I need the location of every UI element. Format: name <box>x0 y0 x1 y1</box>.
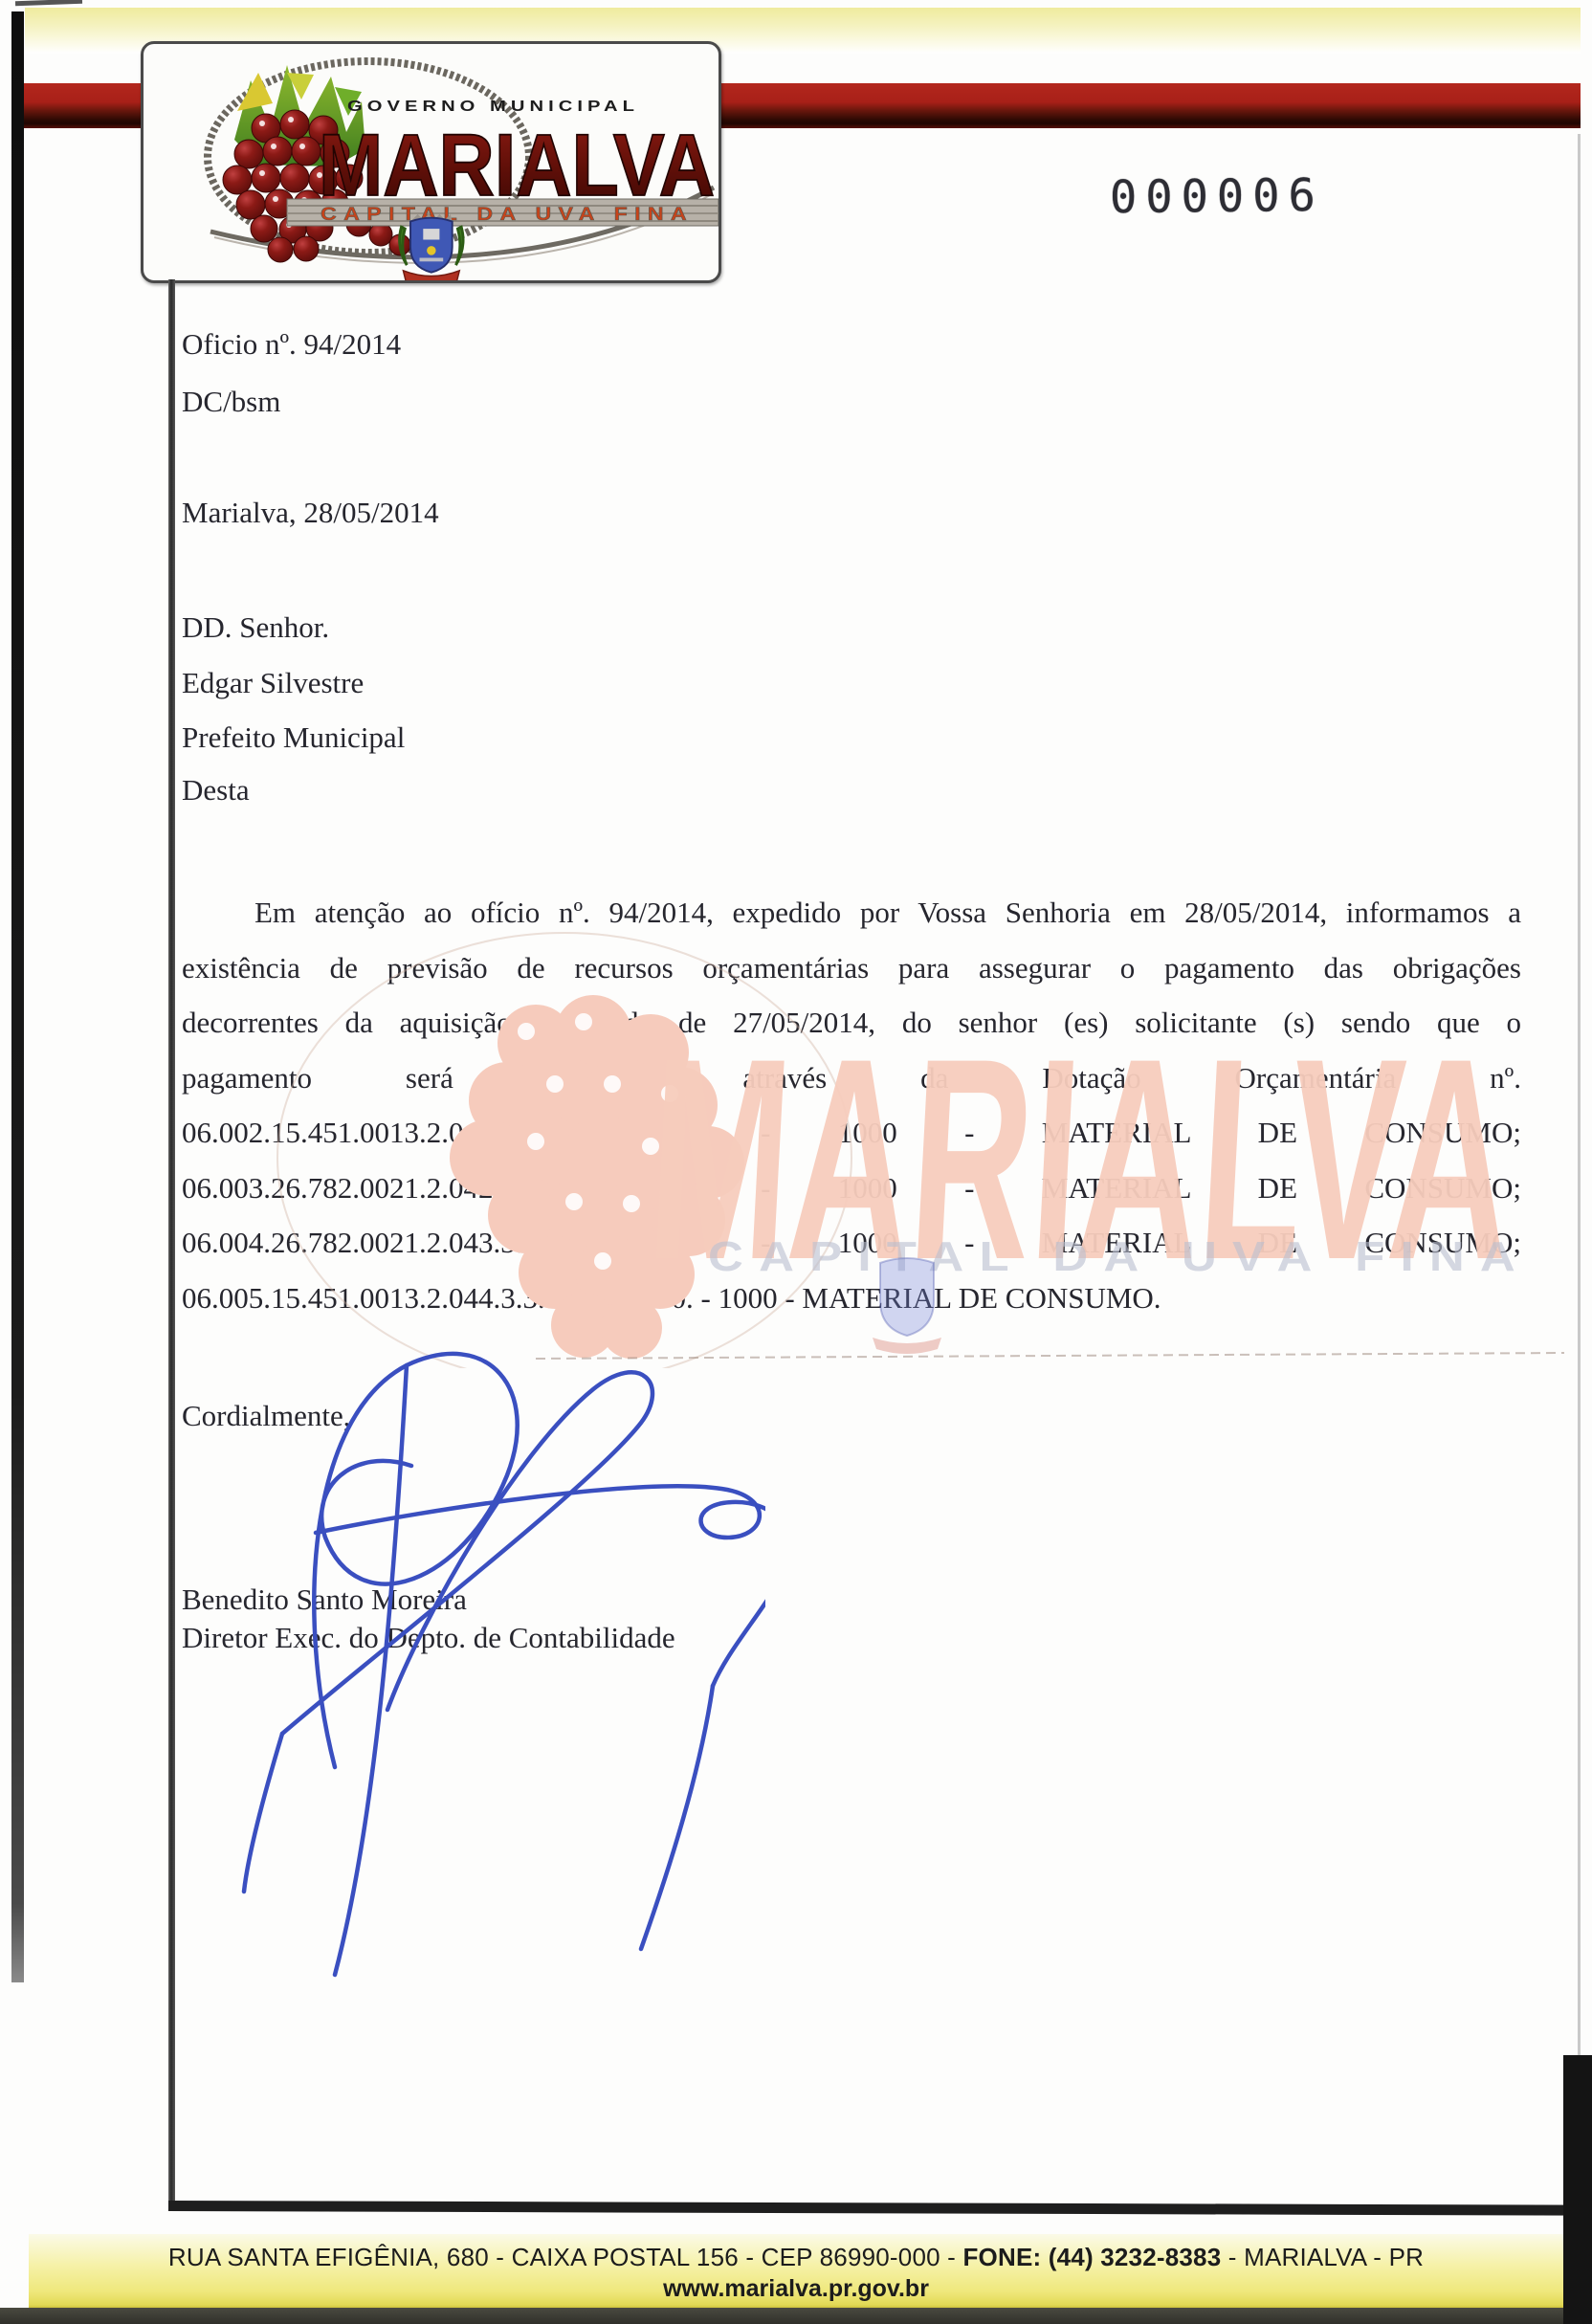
body-line: pagamento será efetuado através da Dotaç… <box>182 1051 1521 1106</box>
content-left-border <box>168 279 175 2208</box>
right-page-edge-line <box>1578 134 1581 2059</box>
budget-code-line: 06.005.15.451.0013.2.044.3.3.90.30.00.00… <box>182 1271 1521 1326</box>
scanned-letter-page: GOVERNO MUNICIPAL MARIALVA CAPITAL DA UV… <box>0 0 1592 2324</box>
letter-body: Em atenção ao ofício nº. 94/2014, expedi… <box>182 885 1521 1325</box>
content-bottom-border <box>168 2201 1581 2216</box>
letter-initials: DC/bsm <box>182 385 280 419</box>
left-scan-edge-bar <box>11 11 24 1982</box>
bottom-scan-strip <box>0 2308 1592 2324</box>
recipient-line: Desta <box>182 773 250 808</box>
footer: RUA SANTA EFIGÊNIA, 680 - CAIXA POSTAL 1… <box>29 2234 1563 2308</box>
logo-tagline-band: CAPITAL DA UVA FINA <box>287 199 719 226</box>
logo-governo-text: GOVERNO MUNICIPAL <box>347 99 639 115</box>
recipient-line: Prefeito Municipal <box>182 720 405 755</box>
letter-dateline: Marialva, 28/05/2014 <box>182 496 439 530</box>
body-line: Em atenção ao ofício nº. 94/2014, expedi… <box>182 885 1521 941</box>
scan-artifact-top <box>15 0 82 6</box>
right-scan-edge-bar <box>1563 2055 1592 2324</box>
body-line: decorrentes da aquisição solicitada de 2… <box>182 995 1521 1051</box>
footer-address-part1: RUA SANTA EFIGÊNIA, 680 - CAIXA POSTAL 1… <box>168 2243 963 2271</box>
marialva-logo: GOVERNO MUNICIPAL MARIALVA CAPITAL DA UV… <box>141 41 721 283</box>
page-number-stamp: 000006 <box>1110 169 1324 224</box>
footer-address-line: RUA SANTA EFIGÊNIA, 680 - CAIXA POSTAL 1… <box>29 2243 1563 2272</box>
recipient-line: DD. Senhor. <box>182 610 329 645</box>
handwritten-signature <box>191 1332 765 2011</box>
marialva-logo-graphic: GOVERNO MUNICIPAL MARIALVA CAPITAL DA UV… <box>144 44 719 280</box>
body-line: existência de previsão de recursos orçam… <box>182 941 1521 996</box>
budget-code-line: 06.003.26.782.0021.2.042.3.3.90.30.00.00… <box>182 1161 1521 1216</box>
budget-code-line: 06.002.15.451.0013.2.040.3.3.90.30.00.00… <box>182 1105 1521 1161</box>
footer-website: www.marialva.pr.gov.br <box>29 2275 1563 2303</box>
letter-ref: Oficio nº. 94/2014 <box>182 327 401 362</box>
footer-phone: FONE: (44) 3232-8383 <box>962 2243 1221 2271</box>
recipient-line: Edgar Silvestre <box>182 666 364 700</box>
footer-address-part2: - MARIALVA - PR <box>1221 2243 1424 2271</box>
logo-tagline-text: CAPITAL DA UVA FINA <box>321 205 694 225</box>
budget-code-line: 06.004.26.782.0021.2.043.3.3.90.30.00.00… <box>182 1215 1521 1271</box>
